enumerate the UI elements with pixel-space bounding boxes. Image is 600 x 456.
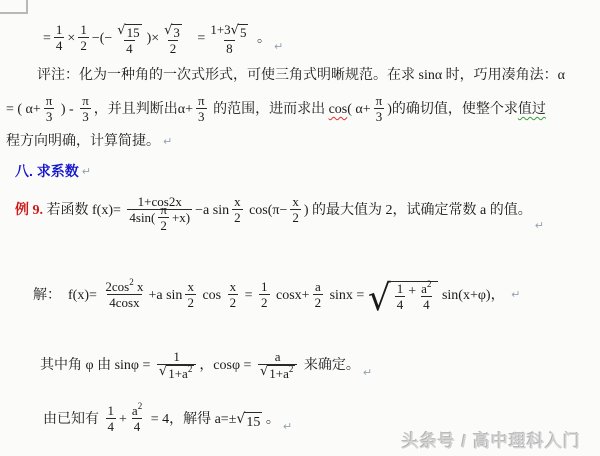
watermark: 头条号 / 高中理科入门 [402,427,581,452]
note-paragraph-line-3: 程方向明确，计算简捷。↵ [6,132,172,151]
document-page: =14×12−(−√154)×√32 =1+3√58 。↵ 评注：化为一种角的一… [0,0,600,456]
note-paragraph-line-2: = ( α+π3 ) - π3，并且判断出α+π3 的范围，进而求出 cos( … [6,100,546,132]
example-9-problem-line: 例 9. 若函数 f(x)= 1+cos2x4sin(π2+x)−a sinx2… [15,201,544,249]
equation-result-line: =14×12−(−√154)×√32 =1+3√58 。↵ [43,29,283,64]
angle-phi-definition-line: 其中角 φ 由 sinφ = 1√1+a2，cosφ = a√1+a2 来确定。… [40,356,372,389]
page-margin-corner-mark [0,0,28,14]
conclusion-line: 由已知有 14+a24 = 4，解得 a=±√15 。↵ [43,410,292,442]
note-paragraph-line-1: 评注：化为一种角的一次式形式，可使三角式明晰规范。在求 sinα 时，巧用凑角法… [37,66,565,85]
section-heading: 八. 求系数↵ [15,162,91,181]
solution-line: 解： f(x)= 2cos2 x4cosx+a sinx2 cos x2 = 1… [33,270,520,318]
